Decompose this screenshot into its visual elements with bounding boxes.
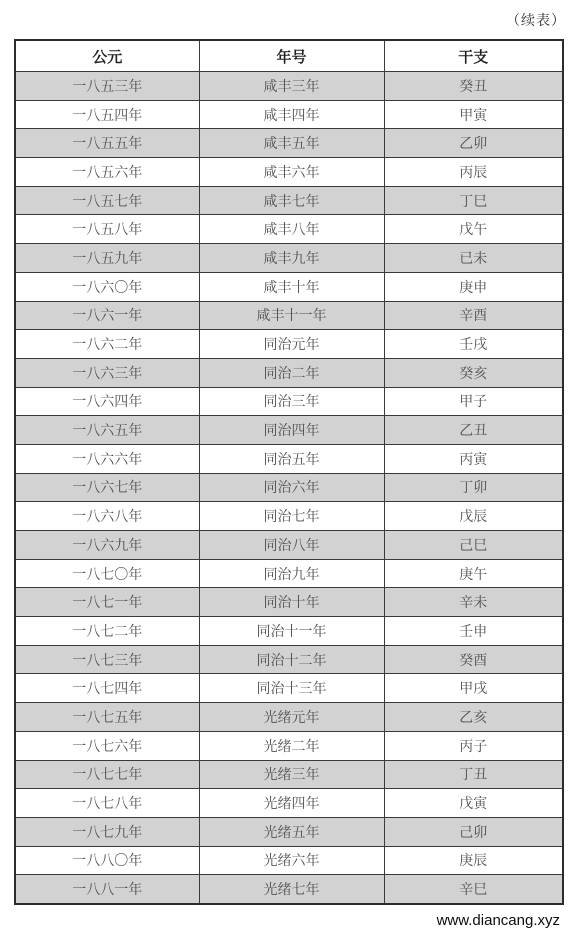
table-row: 一八七二年同治十一年壬申 (15, 617, 563, 646)
ganzhi-cell: 甲寅 (384, 100, 563, 129)
era-name-cell: 咸丰八年 (199, 215, 384, 244)
ganzhi-cell: 戊辰 (384, 502, 563, 531)
era-name-cell: 同治十一年 (199, 617, 384, 646)
gregorian-year-cell: 一八六四年 (15, 387, 199, 416)
gregorian-year-cell: 一八七二年 (15, 617, 199, 646)
gregorian-year-cell: 一八八〇年 (15, 846, 199, 875)
era-conversion-table: 公元 年号 干支 一八五三年咸丰三年癸丑一八五四年咸丰四年甲寅一八五五年咸丰五年… (14, 39, 564, 905)
table-row: 一八八一年光绪七年辛巳 (15, 875, 563, 904)
table-row: 一八五六年咸丰六年丙辰 (15, 158, 563, 187)
era-name-cell: 同治七年 (199, 502, 384, 531)
gregorian-year-cell: 一八七八年 (15, 789, 199, 818)
gregorian-year-cell: 一八五四年 (15, 100, 199, 129)
table-row: 一八七一年同治十年辛未 (15, 588, 563, 617)
ganzhi-cell: 辛巳 (384, 875, 563, 904)
gregorian-year-cell: 一八八一年 (15, 875, 199, 904)
table-row: 一八七七年光绪三年丁丑 (15, 760, 563, 789)
table-row: 一八六七年同治六年丁卯 (15, 473, 563, 502)
gregorian-year-cell: 一八六八年 (15, 502, 199, 531)
era-name-cell: 咸丰三年 (199, 72, 384, 101)
era-name-cell: 光绪二年 (199, 731, 384, 760)
gregorian-year-cell: 一八六七年 (15, 473, 199, 502)
column-header-ganzhi: 干支 (384, 40, 563, 72)
gregorian-year-cell: 一八六〇年 (15, 272, 199, 301)
table-row: 一八五五年咸丰五年乙卯 (15, 129, 563, 158)
gregorian-year-cell: 一八五三年 (15, 72, 199, 101)
table-row: 一八七六年光绪二年丙子 (15, 731, 563, 760)
era-name-cell: 光绪六年 (199, 846, 384, 875)
gregorian-year-cell: 一八六六年 (15, 444, 199, 473)
era-name-cell: 同治十三年 (199, 674, 384, 703)
ganzhi-cell: 癸亥 (384, 358, 563, 387)
era-name-cell: 光绪五年 (199, 817, 384, 846)
gregorian-year-cell: 一八七〇年 (15, 559, 199, 588)
gregorian-year-cell: 一八六二年 (15, 330, 199, 359)
gregorian-year-cell: 一八七三年 (15, 645, 199, 674)
gregorian-year-cell: 一八五八年 (15, 215, 199, 244)
era-name-cell: 同治十年 (199, 588, 384, 617)
ganzhi-cell: 丁巳 (384, 186, 563, 215)
table-row: 一八七三年同治十二年癸酉 (15, 645, 563, 674)
gregorian-year-cell: 一八六三年 (15, 358, 199, 387)
ganzhi-cell: 甲子 (384, 387, 563, 416)
era-name-cell: 咸丰七年 (199, 186, 384, 215)
gregorian-year-cell: 一八七一年 (15, 588, 199, 617)
table-row: 一八七五年光绪元年乙亥 (15, 703, 563, 732)
ganzhi-cell: 癸丑 (384, 72, 563, 101)
table-row: 一八六五年同治四年乙丑 (15, 416, 563, 445)
gregorian-year-cell: 一八七七年 (15, 760, 199, 789)
gregorian-year-cell: 一八五五年 (15, 129, 199, 158)
era-name-cell: 同治三年 (199, 387, 384, 416)
gregorian-year-cell: 一八五六年 (15, 158, 199, 187)
table-row: 一八六〇年咸丰十年庚申 (15, 272, 563, 301)
table-row: 一八五八年咸丰八年戊午 (15, 215, 563, 244)
table-row: 一八六一年咸丰十一年辛酉 (15, 301, 563, 330)
ganzhi-cell: 辛酉 (384, 301, 563, 330)
era-name-cell: 咸丰十年 (199, 272, 384, 301)
ganzhi-cell: 辛未 (384, 588, 563, 617)
era-name-cell: 同治九年 (199, 559, 384, 588)
era-name-cell: 同治二年 (199, 358, 384, 387)
era-name-cell: 咸丰六年 (199, 158, 384, 187)
ganzhi-cell: 庚辰 (384, 846, 563, 875)
era-name-cell: 同治元年 (199, 330, 384, 359)
ganzhi-cell: 壬戌 (384, 330, 563, 359)
table-row: 一八七〇年同治九年庚午 (15, 559, 563, 588)
table-body: 一八五三年咸丰三年癸丑一八五四年咸丰四年甲寅一八五五年咸丰五年乙卯一八五六年咸丰… (15, 72, 563, 904)
era-name-cell: 咸丰五年 (199, 129, 384, 158)
table-row: 一八七九年光绪五年己卯 (15, 817, 563, 846)
column-header-era-name: 年号 (199, 40, 384, 72)
era-name-cell: 光绪七年 (199, 875, 384, 904)
ganzhi-cell: 丙子 (384, 731, 563, 760)
table-row: 一八八〇年光绪六年庚辰 (15, 846, 563, 875)
gregorian-year-cell: 一八五九年 (15, 244, 199, 273)
gregorian-year-cell: 一八六一年 (15, 301, 199, 330)
ganzhi-cell: 丙寅 (384, 444, 563, 473)
gregorian-year-cell: 一八五七年 (15, 186, 199, 215)
table-row: 一八五九年咸丰九年已未 (15, 244, 563, 273)
ganzhi-cell: 戊午 (384, 215, 563, 244)
ganzhi-cell: 己卯 (384, 817, 563, 846)
watermark-url: www.diancang.xyz (0, 905, 576, 929)
ganzhi-cell: 壬申 (384, 617, 563, 646)
ganzhi-cell: 己巳 (384, 531, 563, 560)
gregorian-year-cell: 一八七六年 (15, 731, 199, 760)
table-row: 一八六三年同治二年癸亥 (15, 358, 563, 387)
era-name-cell: 咸丰十一年 (199, 301, 384, 330)
table-row: 一八六八年同治七年戊辰 (15, 502, 563, 531)
gregorian-year-cell: 一八六九年 (15, 531, 199, 560)
ganzhi-cell: 戊寅 (384, 789, 563, 818)
era-name-cell: 咸丰九年 (199, 244, 384, 273)
ganzhi-cell: 庚申 (384, 272, 563, 301)
ganzhi-cell: 庚午 (384, 559, 563, 588)
era-name-cell: 同治八年 (199, 531, 384, 560)
table-row: 一八六二年同治元年壬戌 (15, 330, 563, 359)
scanned-document-page: （续表） 公元 年号 干支 一八五三年咸丰三年癸丑一八五四年咸丰四年甲寅一八五五… (0, 0, 576, 934)
era-name-cell: 咸丰四年 (199, 100, 384, 129)
gregorian-year-cell: 一八七九年 (15, 817, 199, 846)
table-row: 一八七四年同治十三年甲戌 (15, 674, 563, 703)
table-row: 一八七八年光绪四年戊寅 (15, 789, 563, 818)
gregorian-year-cell: 一八七五年 (15, 703, 199, 732)
era-name-cell: 光绪四年 (199, 789, 384, 818)
gregorian-year-cell: 一八七四年 (15, 674, 199, 703)
ganzhi-cell: 乙卯 (384, 129, 563, 158)
ganzhi-cell: 丁丑 (384, 760, 563, 789)
era-name-cell: 光绪三年 (199, 760, 384, 789)
table-row: 一八五三年咸丰三年癸丑 (15, 72, 563, 101)
ganzhi-cell: 癸酉 (384, 645, 563, 674)
column-header-gregorian: 公元 (15, 40, 199, 72)
era-name-cell: 光绪元年 (199, 703, 384, 732)
table-row: 一八六四年同治三年甲子 (15, 387, 563, 416)
ganzhi-cell: 已未 (384, 244, 563, 273)
continued-table-label: （续表） (0, 0, 576, 30)
ganzhi-cell: 甲戌 (384, 674, 563, 703)
table-header-row: 公元 年号 干支 (15, 40, 563, 72)
era-name-cell: 同治十二年 (199, 645, 384, 674)
ganzhi-cell: 丙辰 (384, 158, 563, 187)
gregorian-year-cell: 一八六五年 (15, 416, 199, 445)
ganzhi-cell: 丁卯 (384, 473, 563, 502)
era-name-cell: 同治五年 (199, 444, 384, 473)
table-row: 一八五七年咸丰七年丁巳 (15, 186, 563, 215)
table-row: 一八六六年同治五年丙寅 (15, 444, 563, 473)
table-row: 一八五四年咸丰四年甲寅 (15, 100, 563, 129)
table-row: 一八六九年同治八年己巳 (15, 531, 563, 560)
era-name-cell: 同治六年 (199, 473, 384, 502)
era-name-cell: 同治四年 (199, 416, 384, 445)
ganzhi-cell: 乙亥 (384, 703, 563, 732)
ganzhi-cell: 乙丑 (384, 416, 563, 445)
